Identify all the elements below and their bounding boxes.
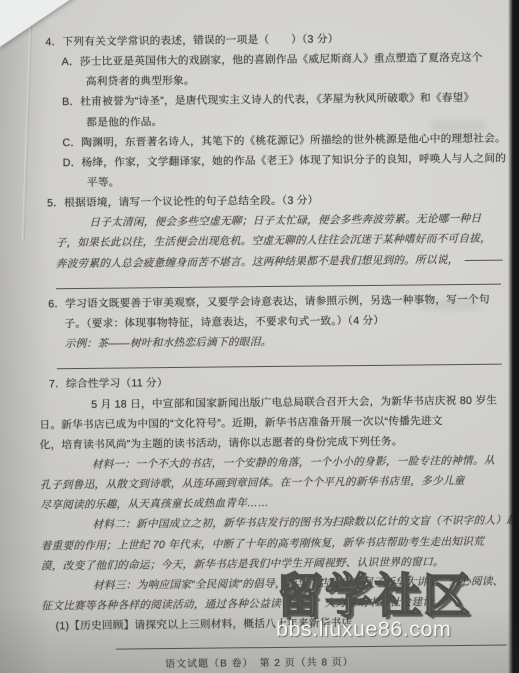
exam-page-text: 4．下列有关文学常识的表述，错误的一项是（ ）（3 分） A．莎士比亚是英国伟大…: [35, 28, 507, 673]
answer-blank-short: [465, 257, 503, 260]
q7-material3-line1: 材料三：为响应国家“全民阅读”的倡导，新华书店先后开展了新华大讲堂、爱心阅读、: [93, 571, 506, 595]
q5-passage-line3-text: 奔波劳累的人总会疲惫缠身而苦不堪言。这两种结果都不是我们想见到的。所以说，: [56, 254, 459, 270]
exam-paper-photo: 4．下列有关文学常识的表述，错误的一项是（ ）（3 分） A．莎士比亚是英国伟大…: [0, 0, 519, 673]
photo-bottom-shading: [0, 603, 519, 673]
photo-right-edge: [508, 0, 519, 673]
